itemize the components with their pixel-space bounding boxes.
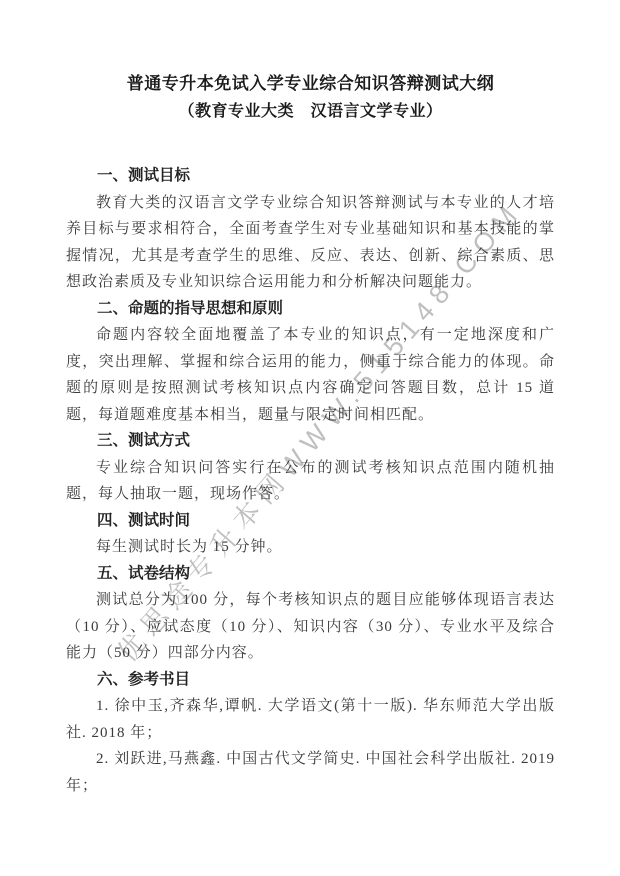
document-content: 普通专升本免试入学专业综合知识答辩测试大纲 （教育专业大类 汉语言文学专业） 一… bbox=[66, 70, 555, 799]
section-heading-test-goal: 一、测试目标 bbox=[66, 163, 555, 190]
document-body: 一、测试目标 教育大类的汉语言文学专业综合知识答辩测试与本专业的人才培养目标与要… bbox=[66, 163, 555, 799]
page-title: 普通专升本免试入学专业综合知识答辩测试大纲 bbox=[66, 70, 555, 98]
section-heading-proposition-principle: 二、命题的指导思想和原则 bbox=[66, 296, 555, 323]
document-page: 优思途专升本网WWW.515148.COM 普通专升本免试入学专业综合知识答辩测… bbox=[0, 0, 620, 876]
section-paragraph: 专业综合知识问答实行在公布的测试考核知识点范围内随机抽题，每人抽取一题，现场作答… bbox=[66, 455, 555, 508]
section-heading-test-method: 三、测试方式 bbox=[66, 428, 555, 455]
section-paragraph: 测试总分为 100 分，每个考核知识点的题目应能够体现语言表达（10 分）、应试… bbox=[66, 587, 555, 667]
section-paragraph: 命题内容较全面地覆盖了本专业的知识点，有一定地深度和广度，突出理解、掌握和综合运… bbox=[66, 322, 555, 428]
section-paragraph: 教育大类的汉语言文学专业综合知识答辩测试与本专业的人才培养目标与要求相符合，全面… bbox=[66, 190, 555, 296]
section-heading-paper-structure: 五、试卷结构 bbox=[66, 561, 555, 588]
reference-item: 1. 徐中玉,齐森华,谭帆. 大学语文(第十一版). 华东师范大学出版社. 20… bbox=[66, 693, 555, 746]
reference-item: 2. 刘跃进,马燕鑫. 中国古代文学简史. 中国社会科学出版社. 2019 年； bbox=[66, 746, 555, 799]
section-heading-test-time: 四、测试时间 bbox=[66, 508, 555, 535]
section-heading-reference-books: 六、参考书目 bbox=[66, 667, 555, 694]
section-paragraph: 每生测试时长为 15 分钟。 bbox=[66, 534, 555, 561]
page-subtitle: （教育专业大类 汉语言文学专业） bbox=[66, 98, 555, 126]
